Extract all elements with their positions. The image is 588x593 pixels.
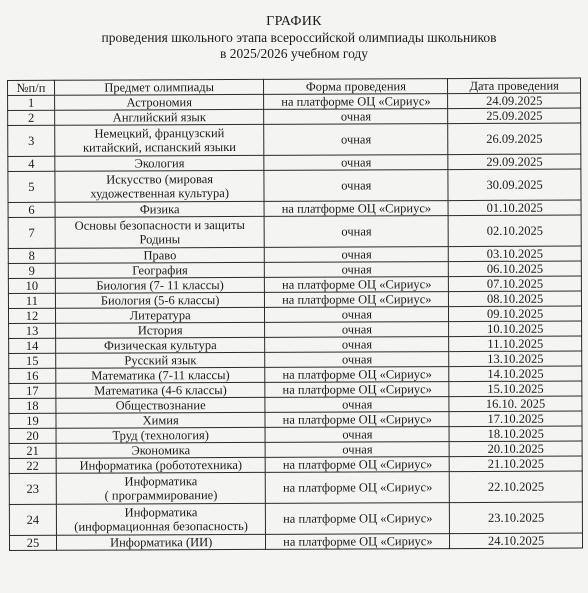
- row-number: 5: [8, 171, 55, 202]
- date-cell: 21.10.2025: [449, 456, 582, 472]
- date-cell: 25.09.2025: [448, 108, 581, 124]
- subject-cell: Физика: [55, 201, 265, 217]
- table-row: 19Химияна платформе ОЦ «Сириус»17.10.202…: [9, 411, 582, 429]
- row-number: 14: [9, 338, 56, 353]
- row-number: 15: [9, 353, 56, 368]
- subject-cell: Основы безопасности и защитыРодины: [55, 216, 265, 248]
- form-cell: на платформе ОЦ «Сириус»: [266, 503, 450, 535]
- document-subtitle-line1: проведения школьного этапа всероссийской…: [10, 30, 588, 46]
- form-cell: на платформе ОЦ «Сириус»: [266, 472, 450, 504]
- table-row: 1Астрономияна платформе ОЦ «Сириус»24.09…: [8, 93, 581, 111]
- table-row: 9Географияочная06.10.2025: [8, 261, 581, 279]
- table-row: 22Информатика (робототехника)на платформ…: [9, 456, 582, 474]
- row-number: 9: [8, 263, 55, 278]
- subject-cell: География: [55, 262, 265, 278]
- document-title-block: ГРАФИК проведения школьного этапа всерос…: [0, 14, 588, 62]
- subject-cell: Информатика (ИИ): [56, 534, 266, 550]
- row-number: 13: [9, 323, 56, 338]
- row-number: 1: [8, 95, 55, 110]
- header-form: Форма проведения: [264, 79, 448, 95]
- document-subtitle-line2: в 2025/2026 учебном году: [0, 46, 588, 62]
- date-cell: 29.09.2025: [448, 154, 581, 170]
- form-cell: на платформе ОЦ «Сириус»: [266, 534, 450, 550]
- form-cell: очная: [265, 247, 449, 263]
- row-number: 6: [8, 202, 55, 217]
- date-cell: 15.10.2025: [449, 381, 582, 397]
- form-cell: на платформе ОЦ «Сириус»: [265, 412, 449, 428]
- date-cell: 18.10.2025: [449, 426, 582, 442]
- subject-line: Искусство (мировая: [58, 172, 261, 187]
- table-row: 16Математика (7-11 классы)на платформе О…: [9, 366, 582, 384]
- form-cell: очная: [265, 427, 449, 443]
- subject-line: Обществознание: [59, 398, 262, 413]
- table-body: 1Астрономияна платформе ОЦ «Сириус»24.09…: [8, 93, 583, 550]
- row-number: 3: [8, 125, 55, 156]
- header-date: Дата проведения: [448, 78, 581, 94]
- table-row: 14Физическая культураочная11.10.2025: [9, 336, 582, 354]
- table-row: 12Литератураочная09.10.2025: [8, 306, 581, 324]
- table-row: 4Экологияочная29.09.2025: [8, 154, 581, 172]
- subject-cell: Химия: [56, 412, 266, 428]
- form-cell: очная: [266, 442, 450, 458]
- subject-cell: Информатика(информационная безопасность): [56, 503, 266, 535]
- subject-line: художественная культура): [58, 186, 261, 201]
- row-number: 7: [8, 217, 55, 248]
- table-row: 6Физикана платформе ОЦ «Сириус»01.10.202…: [8, 200, 581, 218]
- subject-line: (информационная безопасность): [60, 519, 263, 534]
- subject-cell: Русский язык: [56, 352, 266, 368]
- subject-line: Литература: [59, 308, 262, 323]
- subject-line: Английский язык: [58, 110, 261, 125]
- subject-cell: Экономика: [56, 442, 266, 458]
- form-cell: очная: [265, 397, 449, 413]
- date-cell: 01.10.2025: [448, 200, 581, 216]
- form-cell: на платформе ОЦ «Сириус»: [264, 201, 448, 217]
- subject-line: Экономика: [59, 443, 262, 458]
- table-row: 15Русский языкочная13.10.2025: [9, 351, 582, 369]
- date-cell: 20.10.2025: [449, 441, 582, 457]
- date-cell: 22.10.2025: [449, 471, 582, 503]
- date-cell: 16.10. 2025: [449, 396, 582, 412]
- form-cell: на платформе ОЦ «Сириус»: [264, 94, 448, 110]
- date-cell: 10.10.2025: [449, 321, 582, 337]
- row-number: 12: [8, 308, 55, 323]
- subject-line: Информатика: [60, 474, 263, 489]
- form-cell: очная: [265, 307, 449, 323]
- table-row: 21Экономикаочная20.10.2025: [9, 441, 582, 459]
- document-title: ГРАФИК: [0, 14, 588, 30]
- table-row: 10Биология (7- 11 классы)на платформе ОЦ…: [8, 276, 581, 294]
- form-cell: очная: [264, 155, 448, 171]
- table-row: 2Английский языкочная25.09.2025: [8, 108, 581, 126]
- row-number: 2: [8, 110, 55, 125]
- row-number: 22: [9, 458, 56, 473]
- subject-cell: Искусство (мироваяхудожественная культур…: [55, 170, 265, 202]
- subject-line: Русский язык: [59, 353, 262, 368]
- form-cell: очная: [264, 109, 448, 125]
- table-row: 5Искусство (мироваяхудожественная культу…: [8, 169, 581, 202]
- subject-line: Право: [59, 248, 262, 263]
- table-row: 3Немецкий, французскийкитайский, испанск…: [8, 123, 581, 156]
- subject-line: География: [59, 263, 262, 278]
- subject-cell: Труд (технология): [56, 427, 266, 443]
- subject-line: Математика (4-6 классы): [59, 383, 262, 398]
- subject-cell: Математика (4-6 классы): [56, 382, 266, 398]
- subject-line: Экология: [58, 156, 261, 171]
- table-row: 13Историяочная10.10.2025: [9, 321, 582, 339]
- form-cell: на платформе ОЦ «Сириус»: [265, 367, 449, 383]
- date-cell: 26.09.2025: [448, 123, 581, 155]
- subject-line: Родины: [59, 232, 262, 247]
- subject-line: китайский, испанский языки: [58, 140, 261, 155]
- subject-line: ( программирование): [60, 488, 263, 503]
- subject-line: Труд (технология): [59, 428, 262, 443]
- table-row: 25Информатика (ИИ)на платформе ОЦ «Сириу…: [9, 533, 582, 551]
- row-number: 25: [9, 535, 56, 550]
- table-row: 20Труд (технология)очная18.10.2025: [9, 426, 582, 444]
- header-num: №п/п: [8, 80, 55, 95]
- table-row: 11Биология (5-6 классы)на платформе ОЦ «…: [8, 291, 581, 309]
- subject-cell: История: [55, 322, 265, 338]
- subject-line: Информатика (робототехника): [60, 458, 263, 473]
- date-cell: 03.10.2025: [449, 246, 582, 262]
- subject-cell: Английский язык: [55, 109, 265, 125]
- subject-line: История: [59, 323, 262, 338]
- form-cell: на платформе ОЦ «Сириус»: [266, 457, 450, 473]
- subject-line: Астрономия: [58, 95, 261, 110]
- table-header-row: №п/п Предмет олимпиады Форма проведения …: [8, 78, 581, 96]
- date-cell: 24.10.2025: [450, 533, 583, 549]
- table-row: 17Математика (4-6 классы)на платформе ОЦ…: [9, 381, 582, 399]
- subject-cell: Право: [55, 247, 265, 263]
- table-row: 18Обществознаниеочная16.10. 2025: [9, 396, 582, 414]
- table-row: 7Основы безопасности и защитыРодиныочная…: [8, 215, 581, 248]
- subject-line: Биология (5-6 классы): [59, 293, 262, 308]
- row-number: 8: [8, 248, 55, 263]
- olympiad-schedule-table: №п/п Предмет олимпиады Форма проведения …: [7, 77, 583, 551]
- row-number: 11: [8, 293, 55, 308]
- row-number: 18: [9, 398, 56, 413]
- form-cell: на платформе ОЦ «Сириус»: [265, 292, 449, 308]
- date-cell: 24.09.2025: [448, 93, 581, 109]
- subject-line: Информатика: [60, 505, 263, 520]
- subject-line: Информатика (ИИ): [60, 535, 263, 550]
- subject-cell: Биология (7- 11 классы): [55, 277, 265, 293]
- subject-line: Биология (7- 11 классы): [59, 278, 262, 293]
- subject-cell: Обществознание: [56, 397, 266, 413]
- form-cell: очная: [264, 124, 448, 156]
- form-cell: на платформе ОЦ «Сириус»: [265, 277, 449, 293]
- row-number: 16: [9, 368, 56, 383]
- form-cell: очная: [264, 170, 448, 202]
- date-cell: 23.10.2025: [450, 502, 583, 534]
- subject-line: Физическая культура: [59, 338, 262, 353]
- subject-cell: Информатика( программирование): [56, 472, 266, 504]
- row-number: 17: [9, 383, 56, 398]
- subject-line: Основы безопасности и защиты: [59, 218, 262, 233]
- row-number: 21: [9, 443, 56, 458]
- date-cell: 17.10.2025: [449, 411, 582, 427]
- date-cell: 06.10.2025: [449, 261, 582, 277]
- table-row: 23Информатика( программирование)на платф…: [9, 471, 582, 504]
- date-cell: 13.10.2025: [449, 351, 582, 367]
- row-number: 20: [9, 428, 56, 443]
- subject-line: Математика (7-11 классы): [59, 368, 262, 383]
- form-cell: очная: [265, 216, 449, 248]
- subject-cell: Биология (5-6 классы): [55, 292, 265, 308]
- date-cell: 11.10.2025: [449, 336, 582, 352]
- subject-line: Физика: [58, 202, 261, 217]
- form-cell: очная: [265, 322, 449, 338]
- subject-cell: Физическая культура: [56, 337, 266, 353]
- table-row: 8Правоочная03.10.2025: [8, 246, 581, 264]
- row-number: 10: [8, 278, 55, 293]
- row-number: 23: [9, 473, 56, 504]
- row-number: 24: [9, 504, 56, 535]
- subject-cell: Экология: [55, 155, 265, 171]
- table-row: 24Информатика(информационная безопасност…: [9, 502, 582, 535]
- form-cell: на платформе ОЦ «Сириус»: [265, 382, 449, 398]
- date-cell: 30.09.2025: [448, 169, 581, 201]
- date-cell: 09.10.2025: [449, 306, 582, 322]
- date-cell: 02.10.2025: [448, 215, 581, 247]
- subject-cell: Литература: [55, 307, 265, 323]
- date-cell: 07.10.2025: [449, 276, 582, 292]
- row-number: 4: [8, 156, 55, 171]
- subject-cell: Немецкий, французскийкитайский, испански…: [55, 124, 265, 156]
- subject-cell: Математика (7-11 классы): [56, 367, 266, 383]
- date-cell: 14.10.2025: [449, 366, 582, 382]
- subject-line: Немецкий, французский: [58, 126, 261, 141]
- header-subject: Предмет олимпиады: [54, 79, 264, 95]
- subject-cell: Информатика (робототехника): [56, 457, 266, 473]
- subject-cell: Астрономия: [54, 94, 264, 110]
- subject-line: Химия: [59, 413, 262, 428]
- form-cell: очная: [265, 337, 449, 353]
- row-number: 19: [9, 413, 56, 428]
- date-cell: 08.10.2025: [449, 291, 582, 307]
- form-cell: очная: [265, 262, 449, 278]
- form-cell: очная: [265, 352, 449, 368]
